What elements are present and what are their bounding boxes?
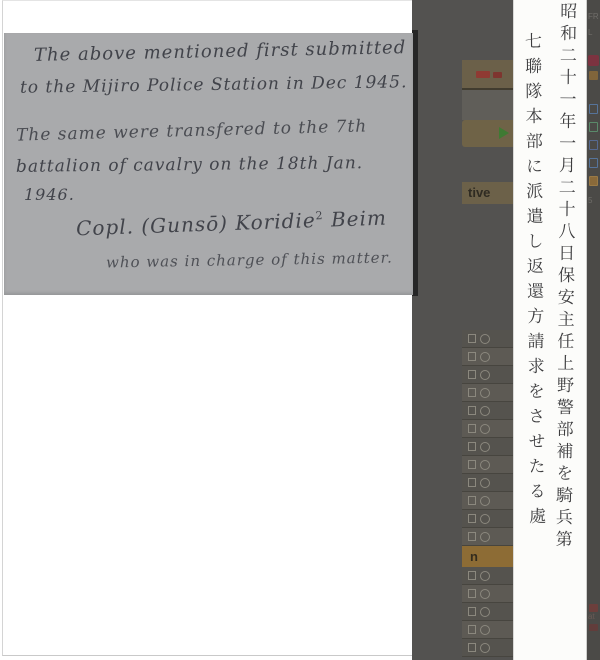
thumbnail-icon <box>589 140 598 150</box>
grid-icon <box>468 388 476 397</box>
circle-icon <box>480 370 490 380</box>
bg-list-row <box>462 330 513 348</box>
circle-icon <box>480 589 490 599</box>
circle-icon <box>480 643 490 653</box>
circle-icon <box>480 352 490 362</box>
grid-icon <box>468 424 476 433</box>
background-right-sliver: FR L 5 at <box>587 0 600 660</box>
flag-red-icon <box>476 71 490 78</box>
grid-icon <box>468 478 476 487</box>
signature-prefix: Copl. (Gunsō) Koridie <box>76 208 316 240</box>
bg-list-row <box>462 456 513 474</box>
bg-list-row <box>462 474 513 492</box>
grid-icon <box>468 643 476 652</box>
bg-list-row <box>462 510 513 528</box>
grid-icon <box>468 532 476 541</box>
flag-red-icon <box>493 72 502 78</box>
japanese-document-strip: 昭和二十一年一月二十八日保安主任上野警部補を騎兵第 七聯隊本部に派遣し返還方請求… <box>513 0 587 660</box>
signature-suffix: Beim <box>323 206 387 232</box>
bg-list-row <box>462 348 513 366</box>
grid-icon <box>468 496 476 505</box>
text-fragment-5: 5 <box>588 196 592 205</box>
bg-list-row <box>462 585 513 603</box>
bg-list-row <box>462 492 513 510</box>
text-fragment-at: at <box>588 612 595 621</box>
red-badge-icon <box>588 55 599 66</box>
background-flag-band <box>462 60 513 90</box>
circle-icon <box>480 442 490 452</box>
play-icon <box>499 127 509 139</box>
bg-list-row <box>462 603 513 621</box>
note-line-5: 1946. <box>24 185 75 204</box>
circle-icon <box>480 625 490 635</box>
red-fragment-icon <box>589 604 598 612</box>
circle-icon <box>480 388 490 398</box>
bg-list-row <box>462 402 513 420</box>
circle-icon <box>480 607 490 617</box>
background-page-column: tive n <box>462 0 513 660</box>
grid-icon <box>468 442 476 451</box>
grid-icon <box>468 625 476 634</box>
background-section-header: n <box>462 546 513 567</box>
background-band <box>462 90 513 120</box>
circle-icon <box>480 406 490 416</box>
circle-icon <box>480 334 490 344</box>
grid-icon <box>468 352 476 361</box>
grid-icon <box>468 514 476 523</box>
text-fragment-fr: FR <box>588 12 599 21</box>
japanese-column-right: 昭和二十一年一月二十八日保安主任上野警部補を騎兵第 <box>550 2 580 552</box>
thumbnail-icon <box>589 176 598 186</box>
circle-icon <box>480 424 490 434</box>
text-fragment-l: L <box>588 28 592 37</box>
background-play-button <box>462 120 513 147</box>
red-fragment-icon <box>589 624 598 631</box>
screenshot-root: tive n FR L 5 at 昭和二十一年一月二十八日保安主任上野警部補を騎… <box>0 0 600 660</box>
thumbnail-icon <box>589 158 598 168</box>
circle-icon <box>480 496 490 506</box>
note-signature-line: Copl. (Gunsō) Koridie2 Beim <box>76 206 388 241</box>
bg-list-row <box>462 639 513 657</box>
grid-icon <box>468 370 476 379</box>
circle-icon <box>480 478 490 488</box>
thumbnail-icon <box>589 122 598 132</box>
grid-icon <box>468 460 476 469</box>
bg-list-row <box>462 366 513 384</box>
grid-icon <box>468 607 476 616</box>
background-label-fragment: tive <box>462 182 513 204</box>
note-line-2: to the Mijiro Police Station in Dec 1945… <box>20 72 408 97</box>
grid-icon <box>468 334 476 343</box>
circle-icon <box>480 460 490 470</box>
bg-list-row <box>462 420 513 438</box>
grid-icon <box>468 571 476 580</box>
note-line-4: battalion of cavalry on the 18th Jan. <box>16 153 363 177</box>
bg-list-row <box>462 567 513 585</box>
thumbnail-icon <box>589 104 598 114</box>
bg-list-row <box>462 384 513 402</box>
bg-list-row <box>462 528 513 546</box>
grid-icon <box>468 589 476 598</box>
bg-list-top <box>462 330 513 546</box>
bg-list-bottom <box>462 567 513 660</box>
bg-list-row <box>462 438 513 456</box>
orange-marker-icon <box>589 71 598 80</box>
circle-icon <box>480 532 490 542</box>
circle-icon <box>480 514 490 524</box>
note-line-3: The same were transfered to the 7th <box>16 116 368 145</box>
circle-icon <box>480 571 490 581</box>
note-line-1: The above mentioned first submitted <box>34 37 407 66</box>
handwritten-note-card: The above mentioned first submitted to t… <box>4 33 413 295</box>
japanese-column-left: 七聯隊本部に派遣し返還方請求をさせたる處 <box>519 32 548 532</box>
note-closing-line: who was in charge of this matter. <box>106 248 393 271</box>
document-page: The above mentioned first submitted to t… <box>2 0 412 656</box>
grid-icon <box>468 406 476 415</box>
bg-list-row <box>462 621 513 639</box>
